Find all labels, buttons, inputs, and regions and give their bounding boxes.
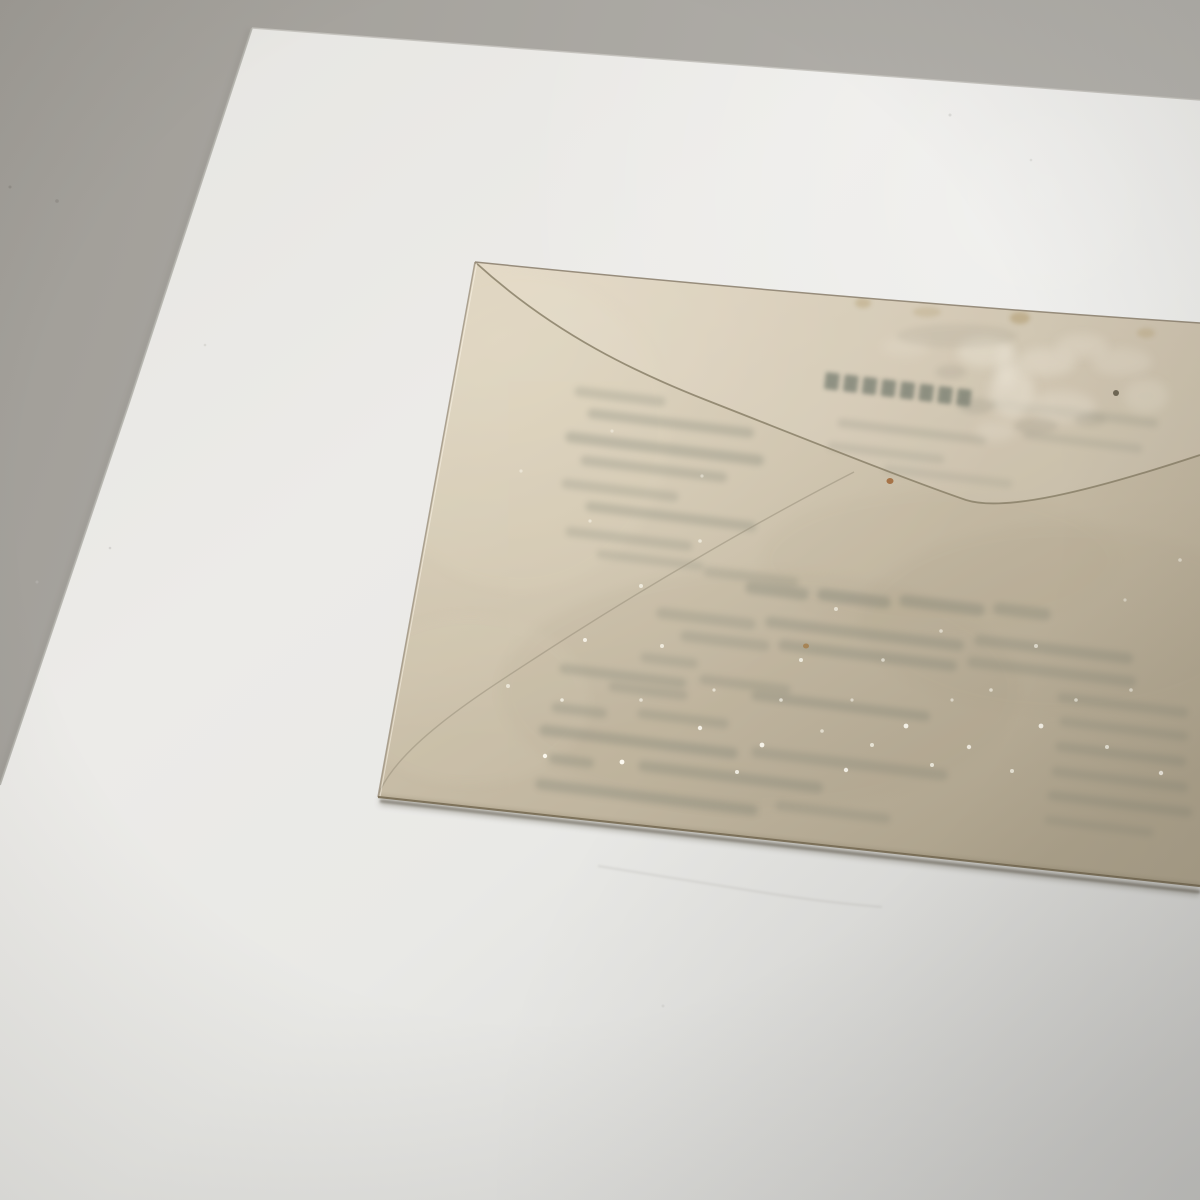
photo-of-envelope-back: Photograph of the back of an aged cream … — [0, 0, 1200, 1200]
corner-darkening-overlay — [0, 0, 1200, 1200]
photo-scene — [0, 0, 1200, 1200]
